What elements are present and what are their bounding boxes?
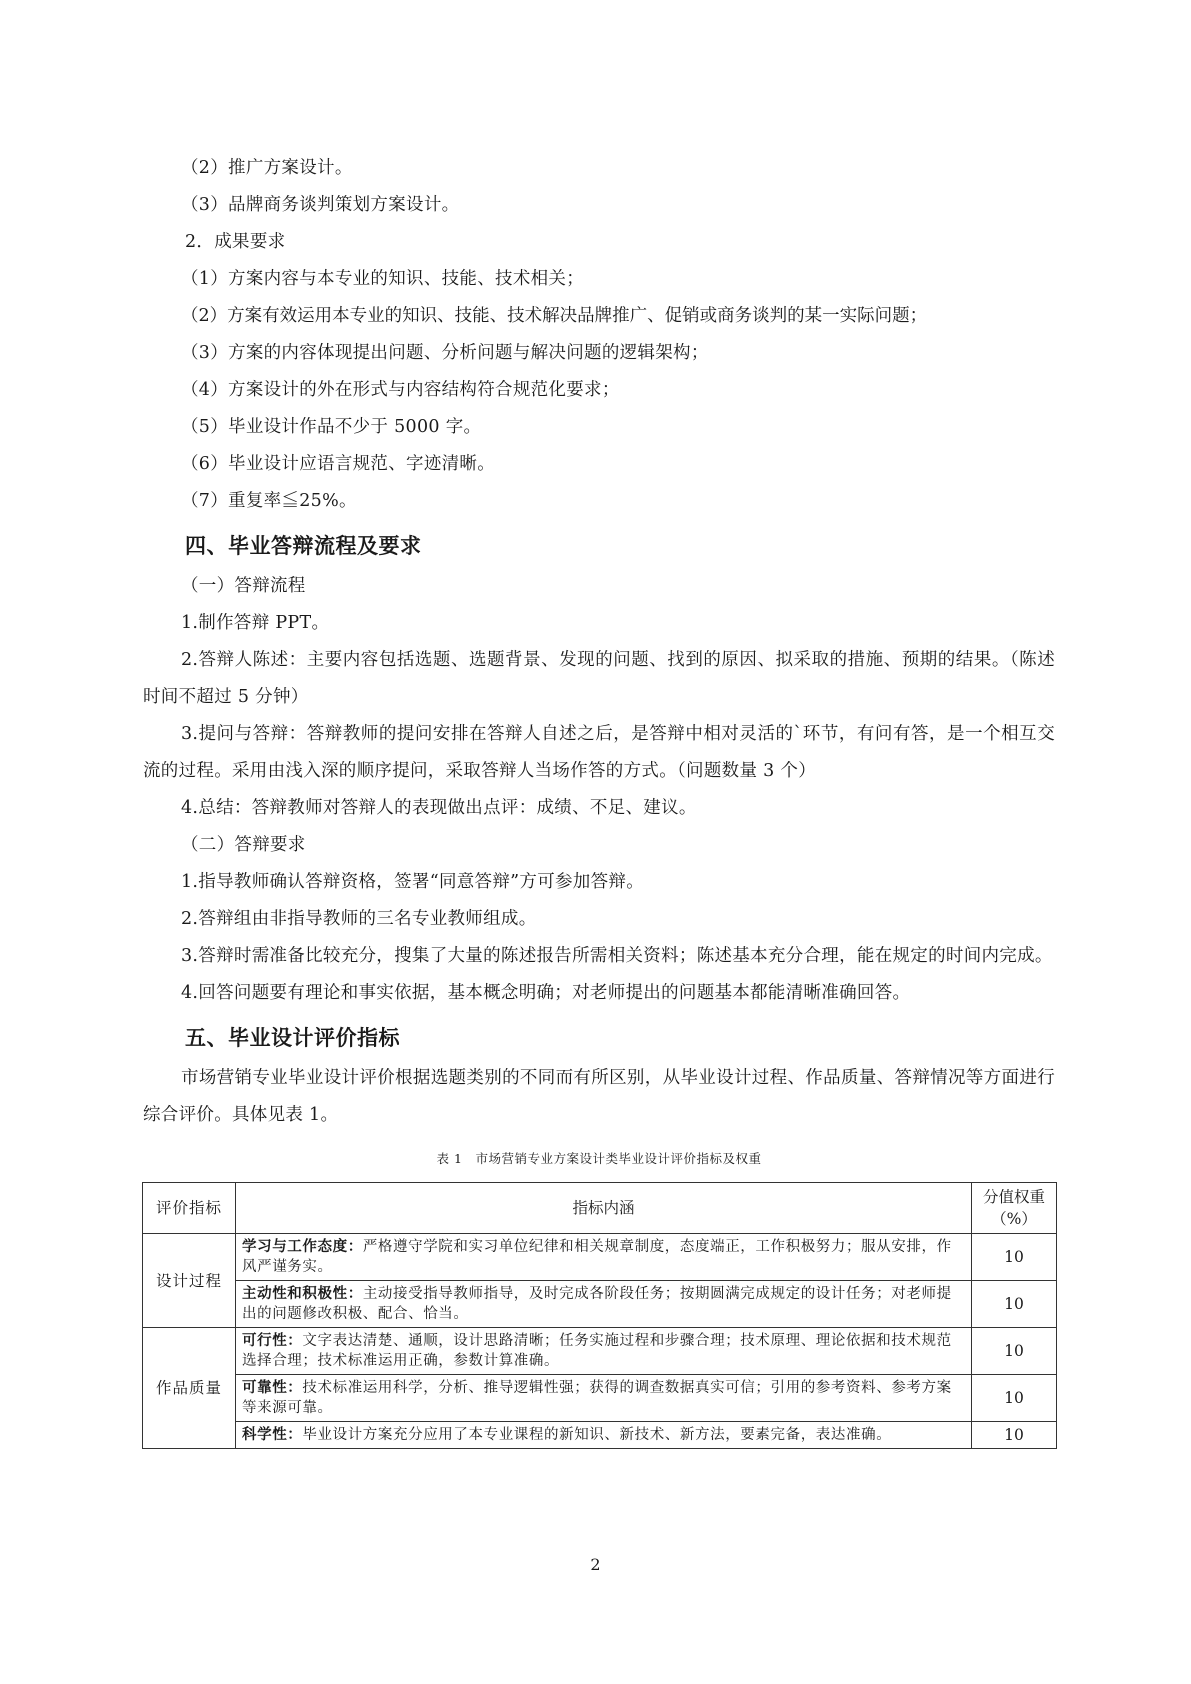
header-content: 指标内涵	[236, 1183, 972, 1234]
subsection-title-process: （一）答辩流程	[143, 568, 1055, 605]
requirement-item: （6）毕业设计应语言规范、字迹清晰。	[143, 446, 1055, 483]
content-cell: 可行性：文字表达清楚、通顺，设计思路清晰；任务实施过程和步骤合理；技术原理、理论…	[236, 1328, 972, 1375]
header-category: 评价指标	[143, 1183, 236, 1234]
table-row: 可靠性：技术标准运用科学，分析、推导逻辑性强；获得的调查数据真实可信；引用的参考…	[143, 1375, 1057, 1422]
criterion-term: 主动性和积极性：	[242, 1286, 363, 1302]
header-weight: 分值权重（%）	[972, 1183, 1057, 1234]
subsection-title-requirements: （二）答辩要求	[143, 827, 1055, 864]
page-content: （2）推广方案设计。 （3）品牌商务谈判策划方案设计。 2．成果要求 （1）方案…	[143, 150, 1055, 1449]
defense-requirement: 3.答辩时需准备比较充分，搜集了大量的陈述报告所需相关资料；陈述基本充分合理，能…	[143, 938, 1055, 975]
requirement-item: （4）方案设计的外在形式与内容结构符合规范化要求；	[143, 372, 1055, 409]
requirement-item: （2）方案有效运用本专业的知识、技能、技术解决品牌推广、促销或商务谈判的某一实际…	[143, 298, 1055, 335]
page-number: 2	[0, 1555, 1191, 1574]
criterion-term: 学习与工作态度：	[242, 1239, 363, 1255]
process-step: 4.总结：答辩教师对答辩人的表现做出点评：成绩、不足、建议。	[143, 790, 1055, 827]
table-header-row: 评价指标 指标内涵 分值权重（%）	[143, 1183, 1057, 1234]
criterion-text: 技术标准运用科学，分析、推导逻辑性强；获得的调查数据真实可信；引用的参考资料、参…	[242, 1380, 952, 1416]
process-step: 3.提问与答辩：答辩教师的提问安排在答辩人自述之后，是答辩中相对灵活的`环节，有…	[143, 716, 1055, 790]
weight-cell: 10	[972, 1328, 1057, 1375]
subheading-results: 2．成果要求	[143, 224, 1055, 261]
criterion-term: 可靠性：	[242, 1380, 302, 1396]
table-caption: 表 1 市场营销专业方案设计类毕业设计评价指标及权重	[143, 1148, 1055, 1170]
defense-requirement: 2.答辩组由非指导教师的三名专业教师组成。	[143, 901, 1055, 938]
requirement-item: （5）毕业设计作品不少于 5000 字。	[143, 409, 1055, 446]
content-cell: 科学性：毕业设计方案充分应用了本专业课程的新知识、新技术、新方法，要素完备，表达…	[236, 1422, 972, 1449]
table-row: 设计过程 学习与工作态度：严格遵守学院和实习单位纪律和相关规章制度，态度端正，工…	[143, 1234, 1057, 1281]
list-item: （2）推广方案设计。	[143, 150, 1055, 187]
evaluation-table: 评价指标 指标内涵 分值权重（%） 设计过程 学习与工作态度：严格遵守学院和实习…	[142, 1182, 1057, 1449]
criterion-term: 科学性：	[242, 1427, 302, 1443]
criterion-text: 文字表达清楚、通顺，设计思路清晰；任务实施过程和步骤合理；技术原理、理论依据和技…	[242, 1333, 952, 1369]
category-cell: 设计过程	[143, 1234, 236, 1328]
section-heading-evaluation: 五、毕业设计评价指标	[143, 1016, 1055, 1060]
requirement-item: （7）重复率≦25%。	[143, 483, 1055, 520]
content-cell: 可靠性：技术标准运用科学，分析、推导逻辑性强；获得的调查数据真实可信；引用的参考…	[236, 1375, 972, 1422]
weight-cell: 10	[972, 1375, 1057, 1422]
weight-cell: 10	[972, 1422, 1057, 1449]
category-cell: 作品质量	[143, 1328, 236, 1449]
weight-cell: 10	[972, 1234, 1057, 1281]
table-row: 主动性和积极性：主动接受指导教师指导，及时完成各阶段任务；按期圆满完成规定的设计…	[143, 1281, 1057, 1328]
content-cell: 主动性和积极性：主动接受指导教师指导，及时完成各阶段任务；按期圆满完成规定的设计…	[236, 1281, 972, 1328]
process-step: 2.答辩人陈述：主要内容包括选题、选题背景、发现的问题、找到的原因、拟采取的措施…	[143, 642, 1055, 716]
process-step: 1.制作答辩 PPT。	[143, 605, 1055, 642]
criterion-term: 可行性：	[242, 1333, 302, 1349]
defense-requirement: 1.指导教师确认答辩资格，签署“同意答辩”方可参加答辩。	[143, 864, 1055, 901]
list-item: （3）品牌商务谈判策划方案设计。	[143, 187, 1055, 224]
evaluation-intro: 市场营销专业毕业设计评价根据选题类别的不同而有所区别，从毕业设计过程、作品质量、…	[143, 1060, 1055, 1134]
section-heading-defense: 四、毕业答辩流程及要求	[143, 524, 1055, 568]
table-row: 科学性：毕业设计方案充分应用了本专业课程的新知识、新技术、新方法，要素完备，表达…	[143, 1422, 1057, 1449]
table-row: 作品质量 可行性：文字表达清楚、通顺，设计思路清晰；任务实施过程和步骤合理；技术…	[143, 1328, 1057, 1375]
defense-requirement: 4.回答问题要有理论和事实依据，基本概念明确；对老师提出的问题基本都能清晰准确回…	[143, 975, 1055, 1012]
header-weight-label: 分值权重（%）	[983, 1188, 1045, 1228]
document-page: （2）推广方案设计。 （3）品牌商务谈判策划方案设计。 2．成果要求 （1）方案…	[0, 0, 1191, 1684]
content-cell: 学习与工作态度：严格遵守学院和实习单位纪律和相关规章制度，态度端正，工作积极努力…	[236, 1234, 972, 1281]
requirement-item: （3）方案的内容体现提出问题、分析问题与解决问题的逻辑架构；	[143, 335, 1055, 372]
weight-cell: 10	[972, 1281, 1057, 1328]
criterion-text: 毕业设计方案充分应用了本专业课程的新知识、新技术、新方法，要素完备，表达准确。	[302, 1427, 891, 1443]
requirement-item: （1）方案内容与本专业的知识、技能、技术相关；	[143, 261, 1055, 298]
